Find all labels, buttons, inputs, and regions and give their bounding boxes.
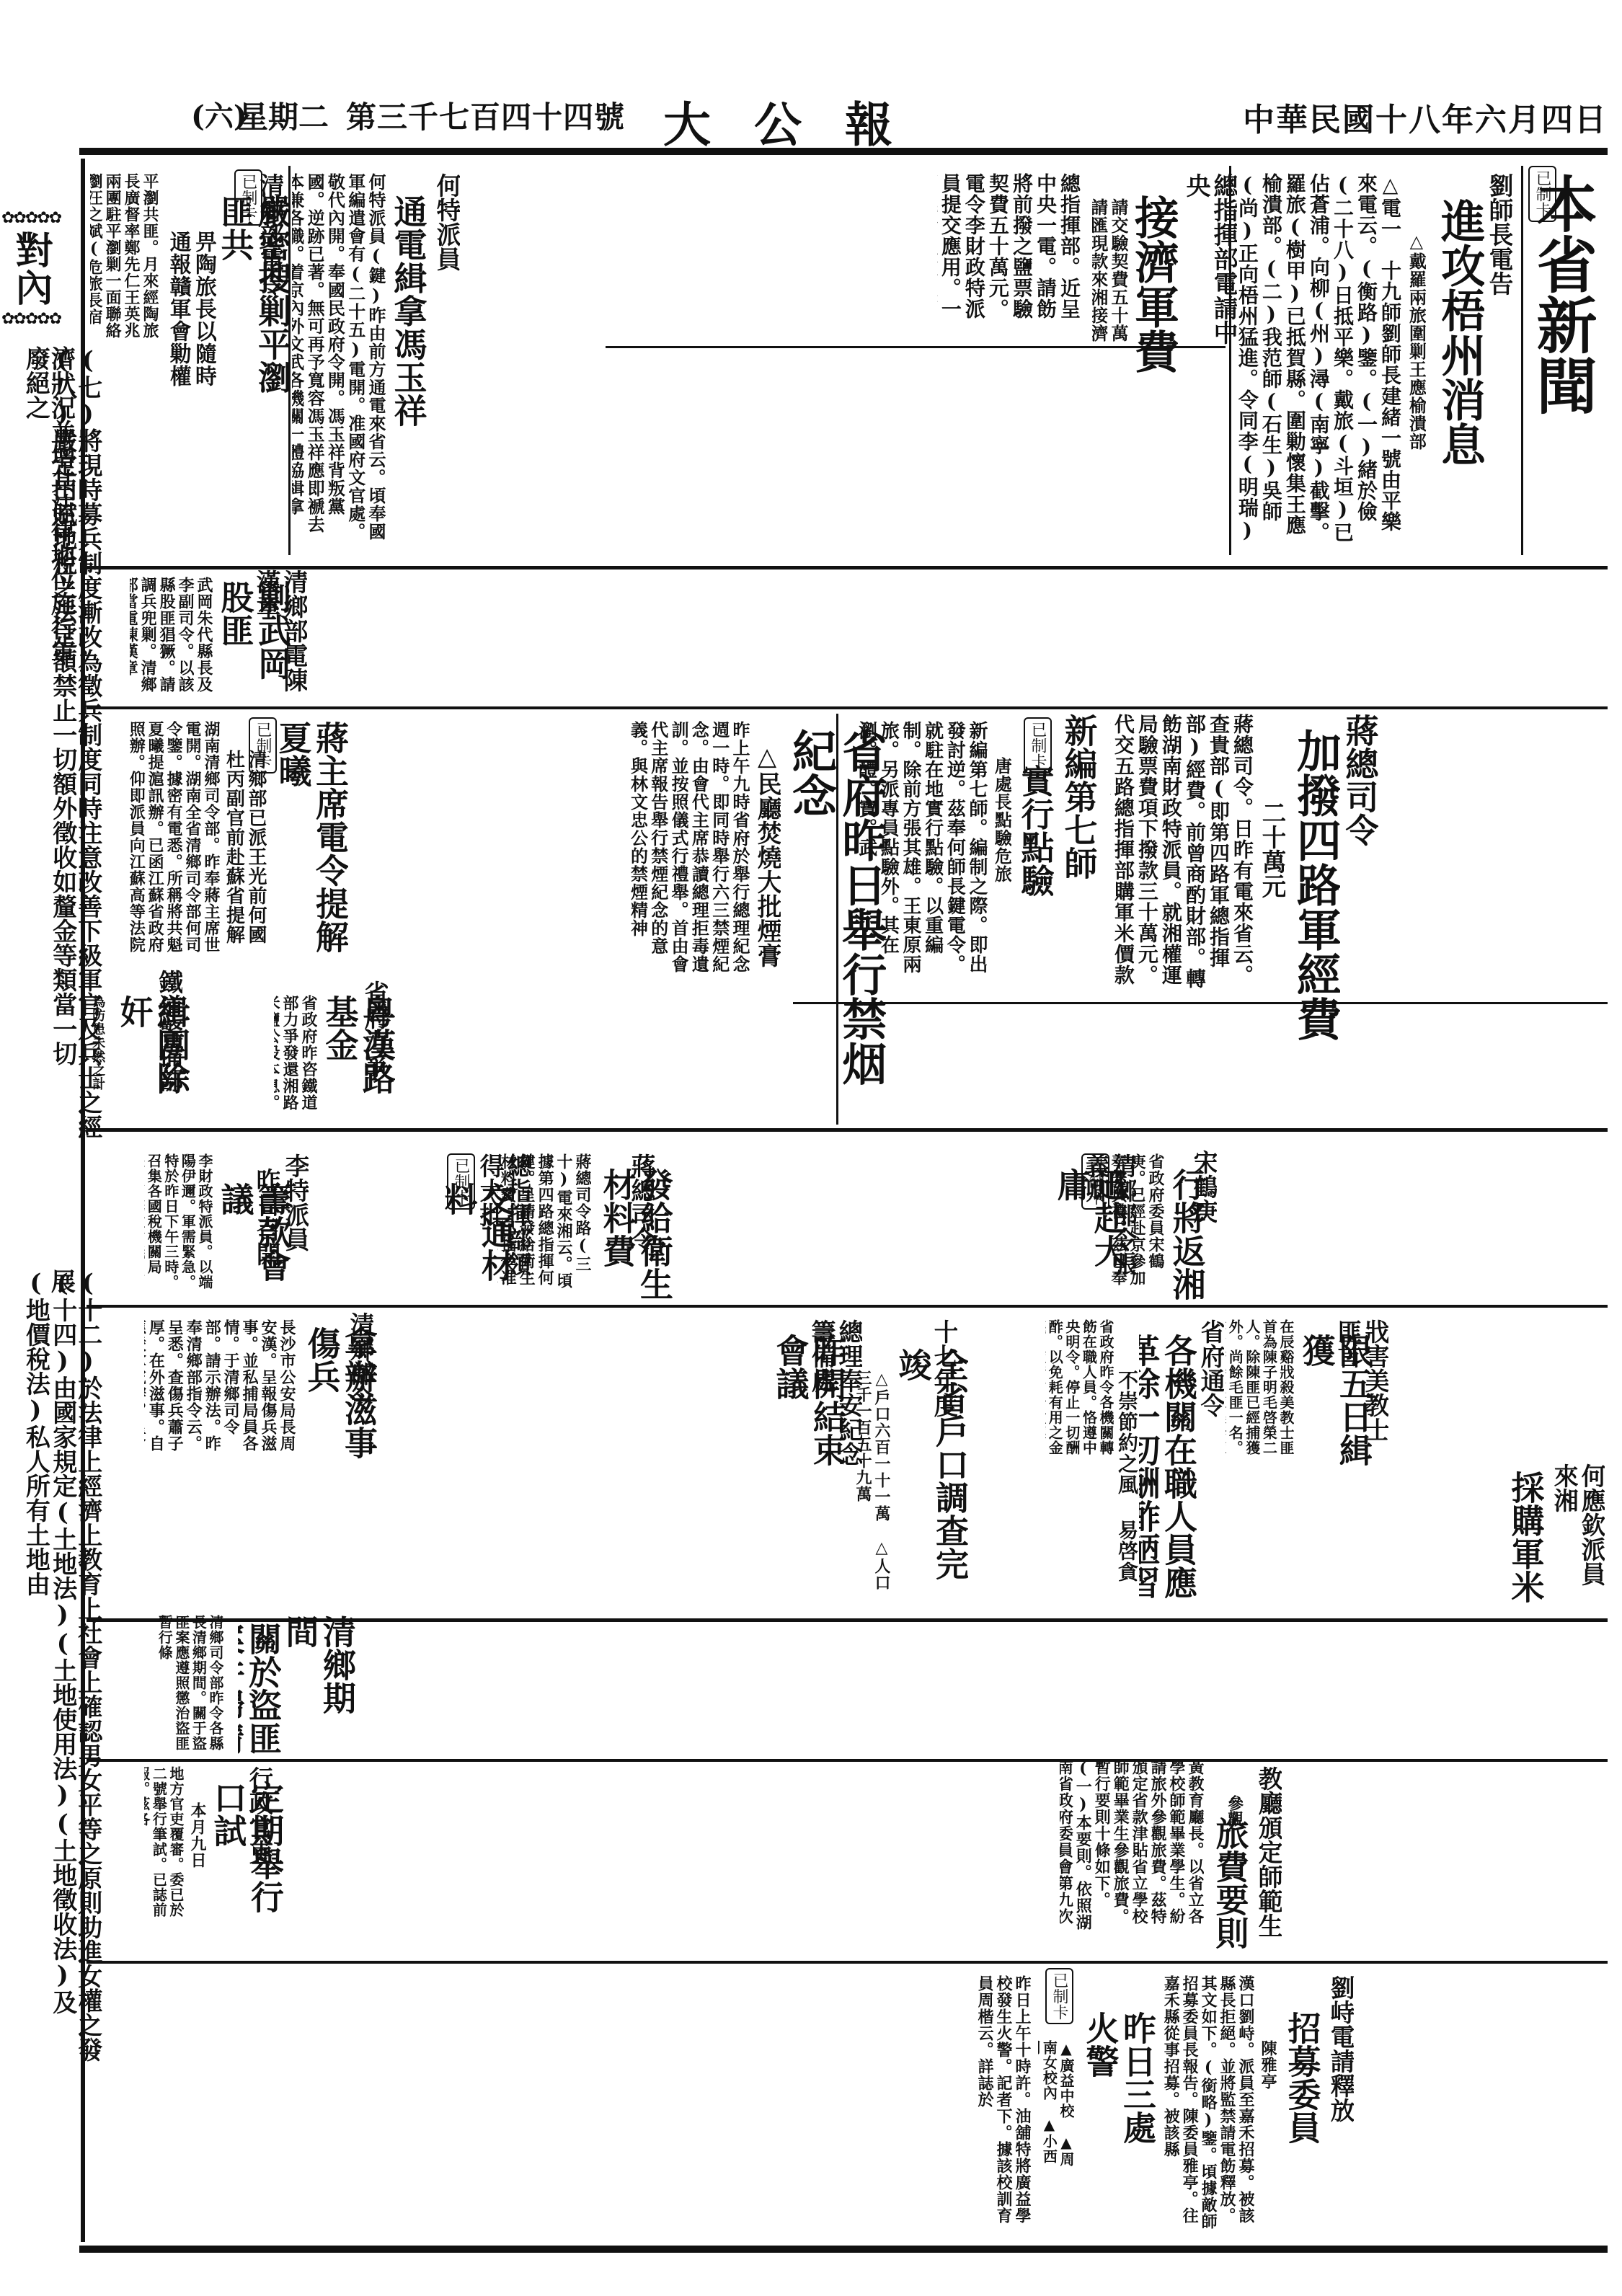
article-subhead: △戴羅兩旅圍剿王應榆潰部 <box>1406 231 1426 548</box>
article-headline: 進攻梧州消息 <box>1435 198 1484 501</box>
article-body: 何特派員(鍵)昨由前方通電來省云。頃奉國軍編遣會有(二十五)電開。准國府文官處。… <box>292 173 386 548</box>
article-kicker: 清鄉期間 <box>281 1615 355 1745</box>
issue-number: 第三千七百四十四號 <box>346 94 625 137</box>
margin-divider <box>81 159 85 2242</box>
ornament-border: ✿✿✿✿✿ <box>1 310 61 328</box>
stamp-label: 已制卡 <box>1045 1968 1073 2024</box>
weekday: 星期二 <box>238 94 329 137</box>
article-body: 地方官吏覆審。委已於二號舉行筆試。已誌前報。茲各 <box>144 1766 184 1925</box>
article-headline: 旅費要則 <box>1211 1817 1249 1961</box>
article-kicker: 劉師長電告 <box>1485 173 1512 389</box>
section-rule <box>87 706 1608 709</box>
article-headline: 關於盜匪案件歸清鄉部復核 <box>238 1622 281 1759</box>
article-body: 在辰谿戕殺美教士匪首為陳子明毛啓榮二人。除陳匪已經捕獲外。尚餘毛匪一名。昨省府特… <box>1226 1319 1294 1463</box>
article-body: 蔣總司令。日昨有電來省云。查貴部(即第四路軍總指揮部)經費。前曾商酌財部。轉飭湖… <box>1110 714 1254 995</box>
article-headline: 交通材料 <box>440 1182 514 1312</box>
article-kicker: 教廳頒定師範生 <box>1254 1766 1282 1954</box>
article-subhead: 請交驗契費五十萬 請匯現款來湘接濟 <box>1092 198 1128 342</box>
article-headline: 發給衛生材料費 <box>598 1168 673 1312</box>
article-headline: 招募委員 <box>1283 2011 1321 2155</box>
sidebar-heading: 對內 <box>4 231 58 306</box>
article-kicker: 劉峙電請釋放 <box>1326 1975 1354 2148</box>
stamp-label: 已制卡 <box>1528 166 1556 222</box>
section-rule <box>87 1759 1608 1762</box>
publication-date: 中華民國十八年六月四日 <box>1243 94 1608 140</box>
article-body: 漢口劉峙。派員至嘉禾招募。被該縣長拒絕。並將監禁請電飭釋放。其文如下。(銜略)鑒… <box>1110 1975 1254 2235</box>
article-headline: 定期舉行口試 <box>209 1781 283 1939</box>
article-kicker: 何特派員 <box>433 173 460 317</box>
article-headline: 省府昨日舉行禁烟紀念 <box>786 728 886 1103</box>
section-rule <box>606 346 1226 348</box>
article-headline: 全省戶口調查完竣 <box>894 1348 968 1608</box>
article-body: 總指揮部。近呈中央一電。請飭將前撥之鹽票驗契費五十萬元。電令李財政特派員提交應用… <box>937 173 1081 339</box>
article-headline: 拿辦滋事傷兵 <box>303 1326 377 1485</box>
article-headline: 粵漢路基金 <box>321 995 395 1125</box>
column-divider <box>1521 166 1523 555</box>
article-subhead: 不崇節約之風 易啓貪污之漸 <box>1117 1370 1139 1600</box>
article-body: 省政府昨令各機關轉飭在職人員。恪遵中央明令。停止一切酬酢。以免耗有用之金錢。疲精… <box>1045 1319 1114 1463</box>
article-kicker: 何應欽派員來湘 <box>1550 1463 1605 1608</box>
article-headline: 緝團除奸 <box>115 995 190 1125</box>
ornament-border: ✿✿✿✿✿ <box>1 209 61 227</box>
article-subhead: 陳雅亭 <box>1258 2040 1277 2170</box>
section-rule <box>793 1002 1608 1004</box>
article-headline: 接濟軍費 <box>1128 195 1178 396</box>
article-headline: 剿武岡股匪 <box>216 580 291 706</box>
article-subhead: 二十萬元 <box>1258 800 1285 1016</box>
masthead: (六) 星期二 第三千七百四十四號 大公報 中華民國十八年六月四日 <box>72 94 1608 144</box>
section-rule <box>87 1305 1608 1308</box>
article-kicker: 總指揮部電請中央 <box>1182 173 1237 360</box>
article-subhead: 畀陶旅長以隨時通報贛軍會勦權 <box>159 231 216 404</box>
article-body: 省政府昨咨鐵道部力爭發還湘路米鹽公股本息。以作完成粵漢鐵路基金。以資交通云。(天… <box>274 995 317 1125</box>
footer-rule <box>79 2246 1608 2253</box>
article-subhead: ▲廣益中校 ▲周南女校內 ▲小西門 <box>1038 2040 1074 2170</box>
band-rule <box>87 566 1608 569</box>
article-headline: 籌款會議 <box>216 1182 291 1298</box>
article-headline: 通電緝拿馮玉祥 <box>389 195 427 454</box>
article-body: △電一 十九師劉師長建緒一號由平樂來電云。(衡路)鑒。(一)緒於儉(二十八)日抵… <box>1236 173 1402 548</box>
article-headline: 嚴密搜剿平瀏匪共 <box>216 195 291 425</box>
article-body: 湖南清鄉司令部。昨奉蔣主席世電開。湖南全省清鄉司令部何司令鑒。據密有電悉。所稱將… <box>130 721 220 959</box>
article-body: 黃教育廳長。以省立各學校師範畢業學生。紛請旅外參觀旅費。茲特頒定省款津貼省立學校… <box>1060 1759 1204 1932</box>
article-kicker: 新編第七師 <box>1060 714 1097 930</box>
article-headline: 迅赴大庸 <box>1052 1168 1127 1298</box>
article-body: 長沙市公安局長周安漢。呈報傷兵滋事。並私捕局員各情。于清鄉司令部。請示辦法。昨奉… <box>144 1319 296 1463</box>
article-body: 昨日上午十時許。油舖特將廣益學校發生火警。記者下。據該校訓育員周楷云。詳誌於 <box>433 1975 1031 2235</box>
article-headline: 各機關在職人員應革除一切酬酢陋習 <box>1139 1334 1197 1608</box>
newspaper-title: 大公報 <box>663 87 936 155</box>
band-rule <box>87 1128 1608 1132</box>
article-subhead: 為防患未然之計 <box>90 995 105 1125</box>
article-subhead: 本月九日 <box>187 1802 206 1932</box>
article-headline: 採購軍米 <box>1507 1471 1544 1608</box>
article-kicker: 省府通令 <box>1197 1319 1224 1435</box>
article-body: 武岡朱代縣長及李副司令。以該縣股匪猖獗。請調兵兜剿。清鄉部當電陳漢章 <box>130 577 213 703</box>
article-headline: 蔣主席電令提解夏曦 <box>274 721 348 980</box>
masthead-rule <box>79 148 1608 155</box>
sidebar-item: (八)嚴定田賦地稅之法定額禁止一切額外徵收如釐金等類當一切廢絕之 <box>22 346 76 1067</box>
article-body: 昨上午九時省府於舉行總理紀念週一時。即同時舉行六三禁煙紀念。由會代主席恭讀總理拒… <box>613 721 750 980</box>
sidebar-item: (十四)由國家規定(土地法)(土地使用法)(土地徵收法)及(地價稅法)私人所有土… <box>22 1269 76 2062</box>
article-body: 平瀏共匪。月來經陶旅長廣督率鄭先仁王英兆兩團駐平瀏剿一面聯絡瀏汪之斌(危旅長宿鋤… <box>90 173 159 339</box>
section-banner: 本省新聞 <box>1528 173 1596 548</box>
article-headline: 加撥四路軍經費 <box>1290 728 1340 1089</box>
article-kicker: 蔣總司令 <box>1341 714 1378 872</box>
article-subhead: 唐處長點驗危旅 <box>991 757 1011 973</box>
article-subhead: △民廳焚燒大批煙膏 <box>753 743 781 1045</box>
article-subhead: 清鄉部已派王光前何國 杜丙副官前赴蘇省提解 <box>223 750 267 966</box>
article-headline: 行將返湘 <box>1168 1168 1205 1326</box>
article-headline: 昨開結束會議 <box>771 1334 846 1478</box>
article-body: 清鄉司令部昨令各縣長清鄉期間。關于盜匪案應遵照懲治盜匪暫行條 <box>144 1615 223 1752</box>
article-body: 李財政特派員。以端陽伊邇。軍需緊急。特於昨日下午三時。召集各國稅機關局長。開籌款… <box>144 1153 213 1298</box>
article-headline: 實行點驗 <box>1016 764 1054 973</box>
article-headline: 限五日緝獲 <box>1298 1334 1372 1478</box>
section-rule <box>87 1961 1608 1964</box>
